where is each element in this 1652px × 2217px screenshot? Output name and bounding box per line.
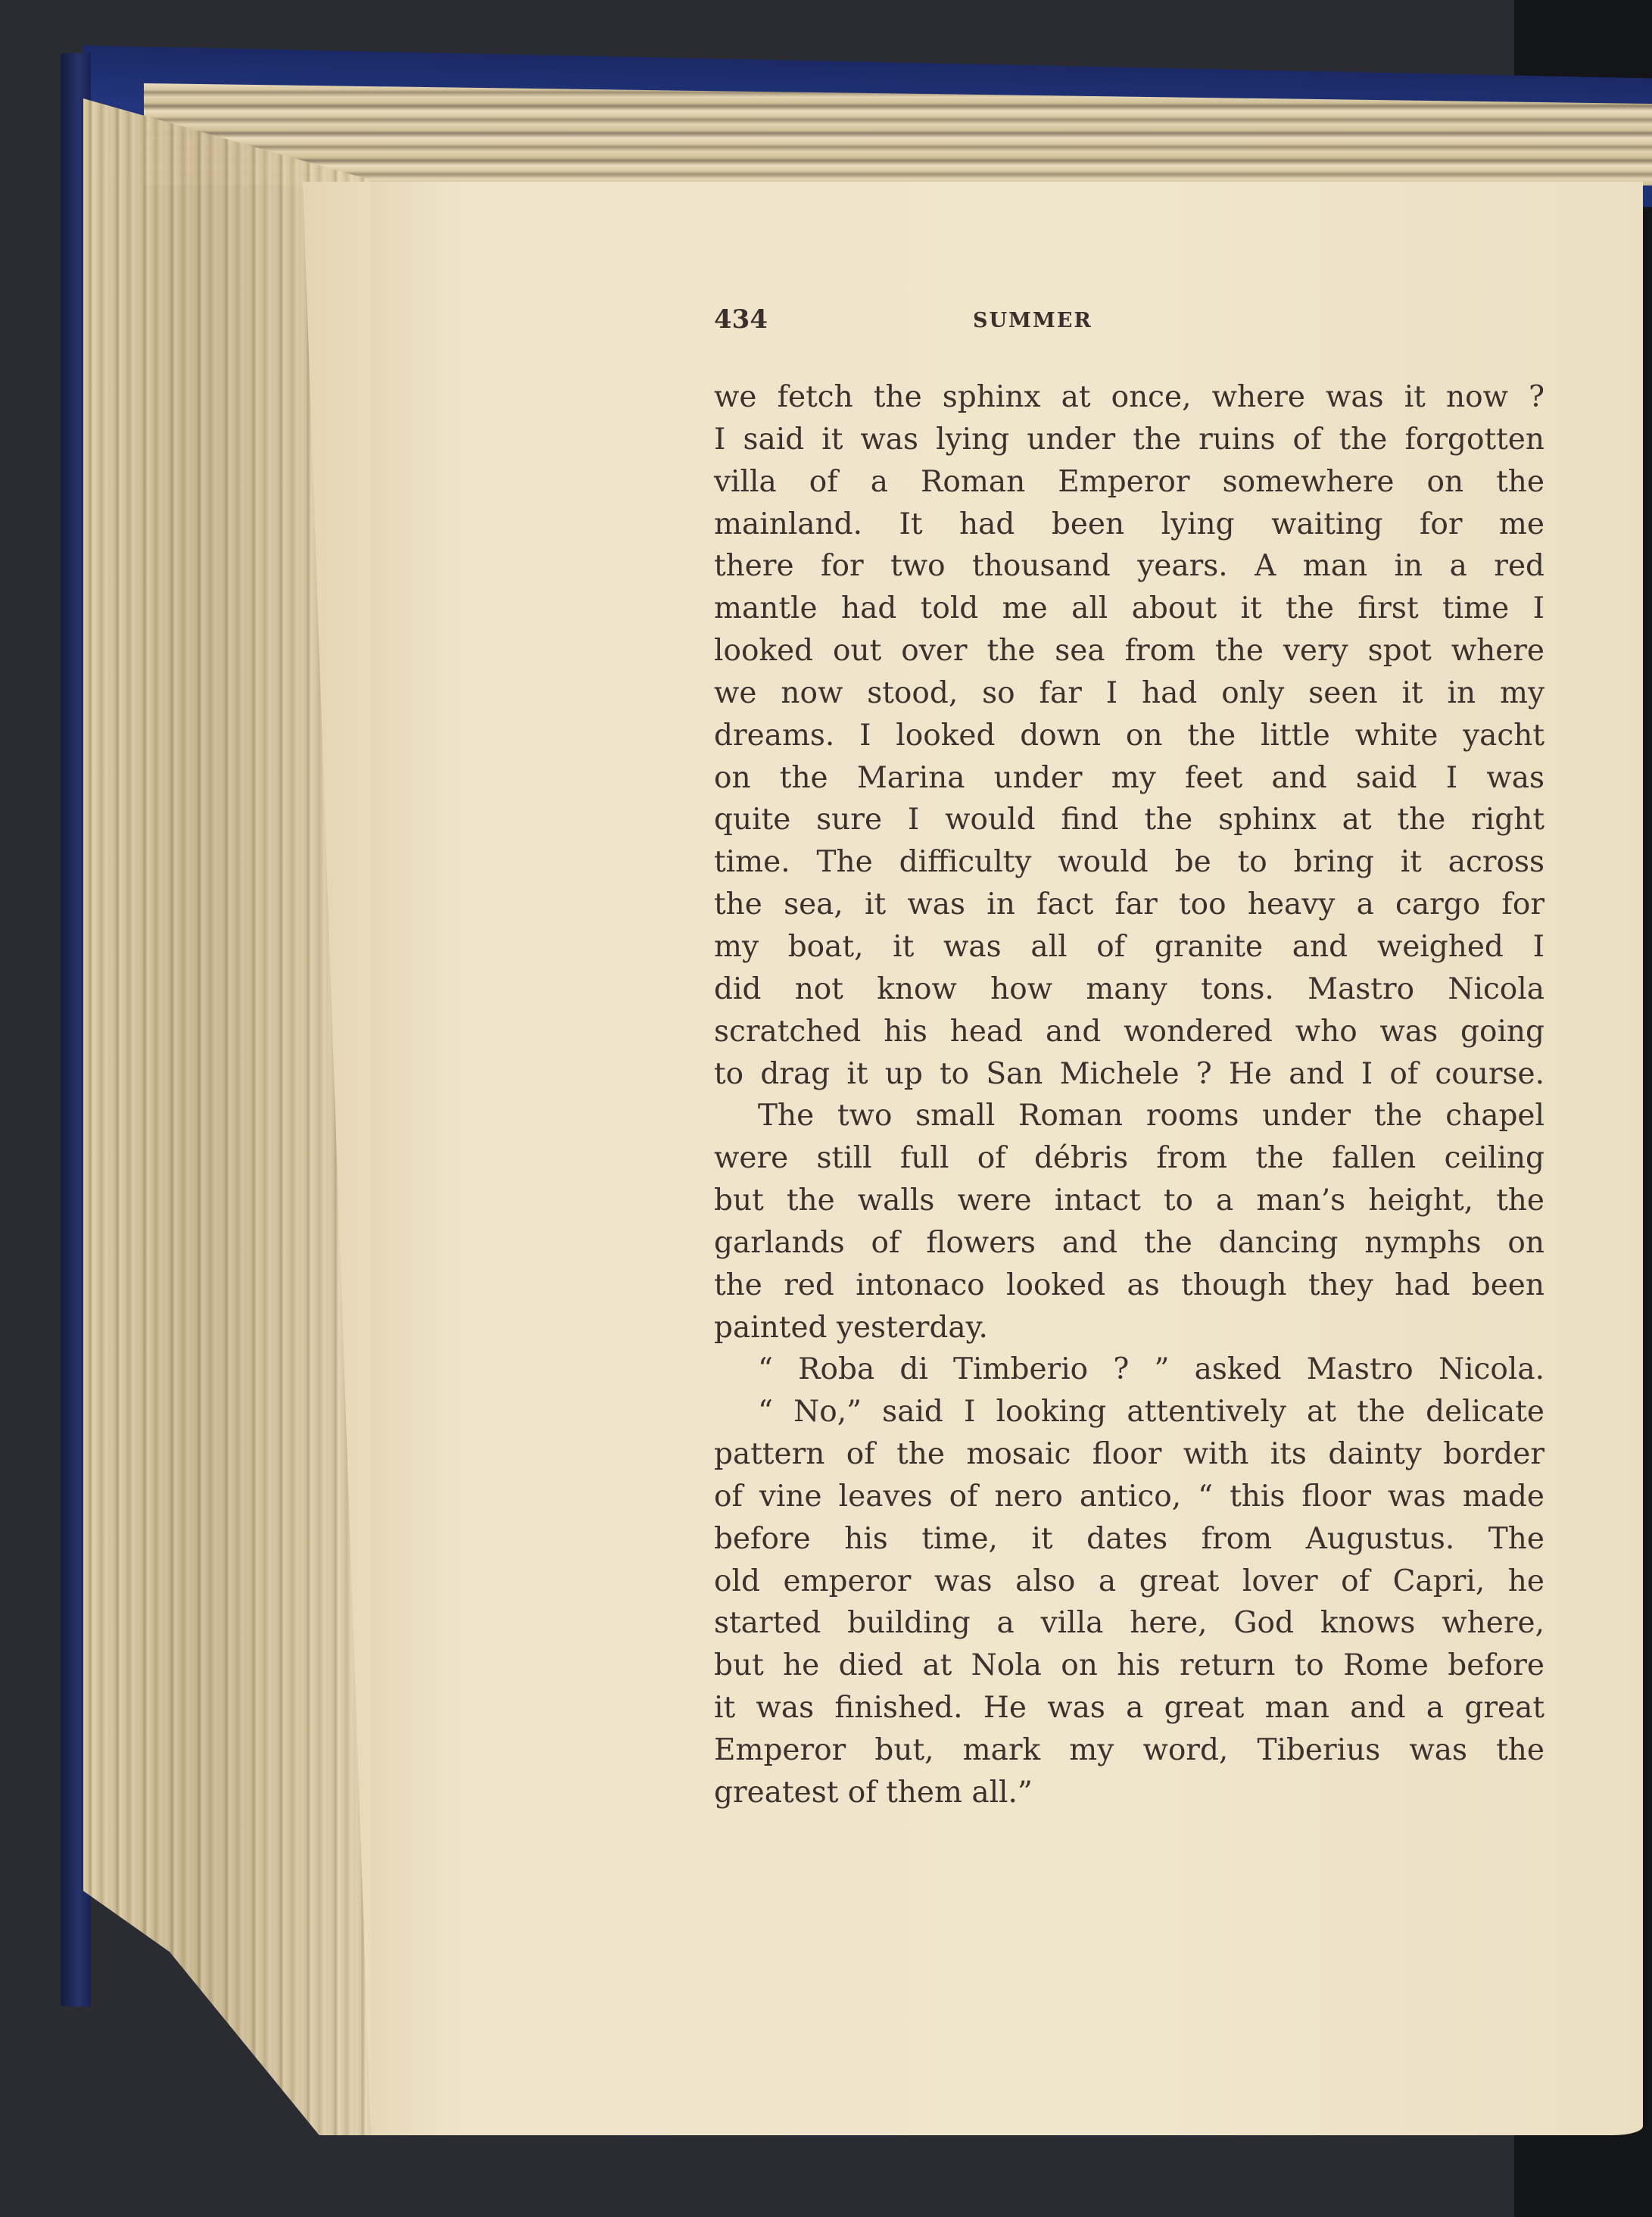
running-head: 434 SUMMER: [714, 304, 1544, 335]
text-line: scratched his head and wondered who was …: [714, 1011, 1544, 1053]
text-line: I said it was lying under the ruins of t…: [714, 419, 1544, 461]
text-line: painted yesterday.: [714, 1307, 1544, 1349]
text-line: looked out over the sea from the very sp…: [714, 630, 1544, 672]
text-line: The two small Roman rooms under the chap…: [714, 1095, 1544, 1137]
text-line: the red intonaco looked as though they h…: [714, 1264, 1544, 1307]
text-line: mainland. It had been lying waiting for …: [714, 504, 1544, 546]
text-line: it was finished. He was a great man and …: [714, 1687, 1544, 1729]
text-line: before his time, it dates from Augustus.…: [714, 1518, 1544, 1561]
text-line: pattern of the mosaic floor with its dai…: [714, 1433, 1544, 1476]
text-line: there for two thousand years. A man in a…: [714, 545, 1544, 588]
text-line: to drag it up to San Michele ? He and I …: [714, 1053, 1544, 1096]
text-line: quite sure I would find the sphinx at th…: [714, 799, 1544, 841]
text-line: did not know how many tons. Mastro Nicol…: [714, 968, 1544, 1011]
text-line: time. The difficulty would be to bring i…: [714, 841, 1544, 884]
text-line: “ Roba di Timberio ? ” asked Mastro Nico…: [714, 1349, 1544, 1391]
text-line: my boat, it was all of granite and weigh…: [714, 926, 1544, 968]
text-line: we now stood, so far I had only seen it …: [714, 672, 1544, 715]
text-line: were still full of débris from the falle…: [714, 1137, 1544, 1180]
text-line: “ No,” said I looking attentively at the…: [714, 1391, 1544, 1433]
text-line: old emperor was also a great lover of Ca…: [714, 1561, 1544, 1603]
text-line: mantle had told me all about it the firs…: [714, 588, 1544, 630]
page-number: 434: [714, 304, 768, 335]
text-line: dreams. I looked down on the little whit…: [714, 715, 1544, 757]
text-line: greatest of them all.”: [714, 1772, 1544, 1814]
text-line: Emperor but, mark my word, Tiberius was …: [714, 1729, 1544, 1772]
text-line: we fetch the sphinx at once, where was i…: [714, 376, 1544, 419]
text-line: the sea, it was in fact far too heavy a …: [714, 884, 1544, 926]
text-line: started building a villa here, God knows…: [714, 1602, 1544, 1645]
text-line: but he died at Nola on his return to Rom…: [714, 1645, 1544, 1687]
text-line: of vine leaves of nero antico, “ this fl…: [714, 1476, 1544, 1518]
text-line: villa of a Roman Emperor somewhere on th…: [714, 461, 1544, 504]
text-line: on the Marina under my feet and said I w…: [714, 757, 1544, 800]
body-text: we fetch the sphinx at once, where was i…: [714, 376, 1544, 1814]
text-line: garlands of flowers and the dancing nymp…: [714, 1222, 1544, 1264]
section-title: SUMMER: [973, 307, 1093, 335]
text-line: but the walls were intact to a man’s hei…: [714, 1180, 1544, 1222]
